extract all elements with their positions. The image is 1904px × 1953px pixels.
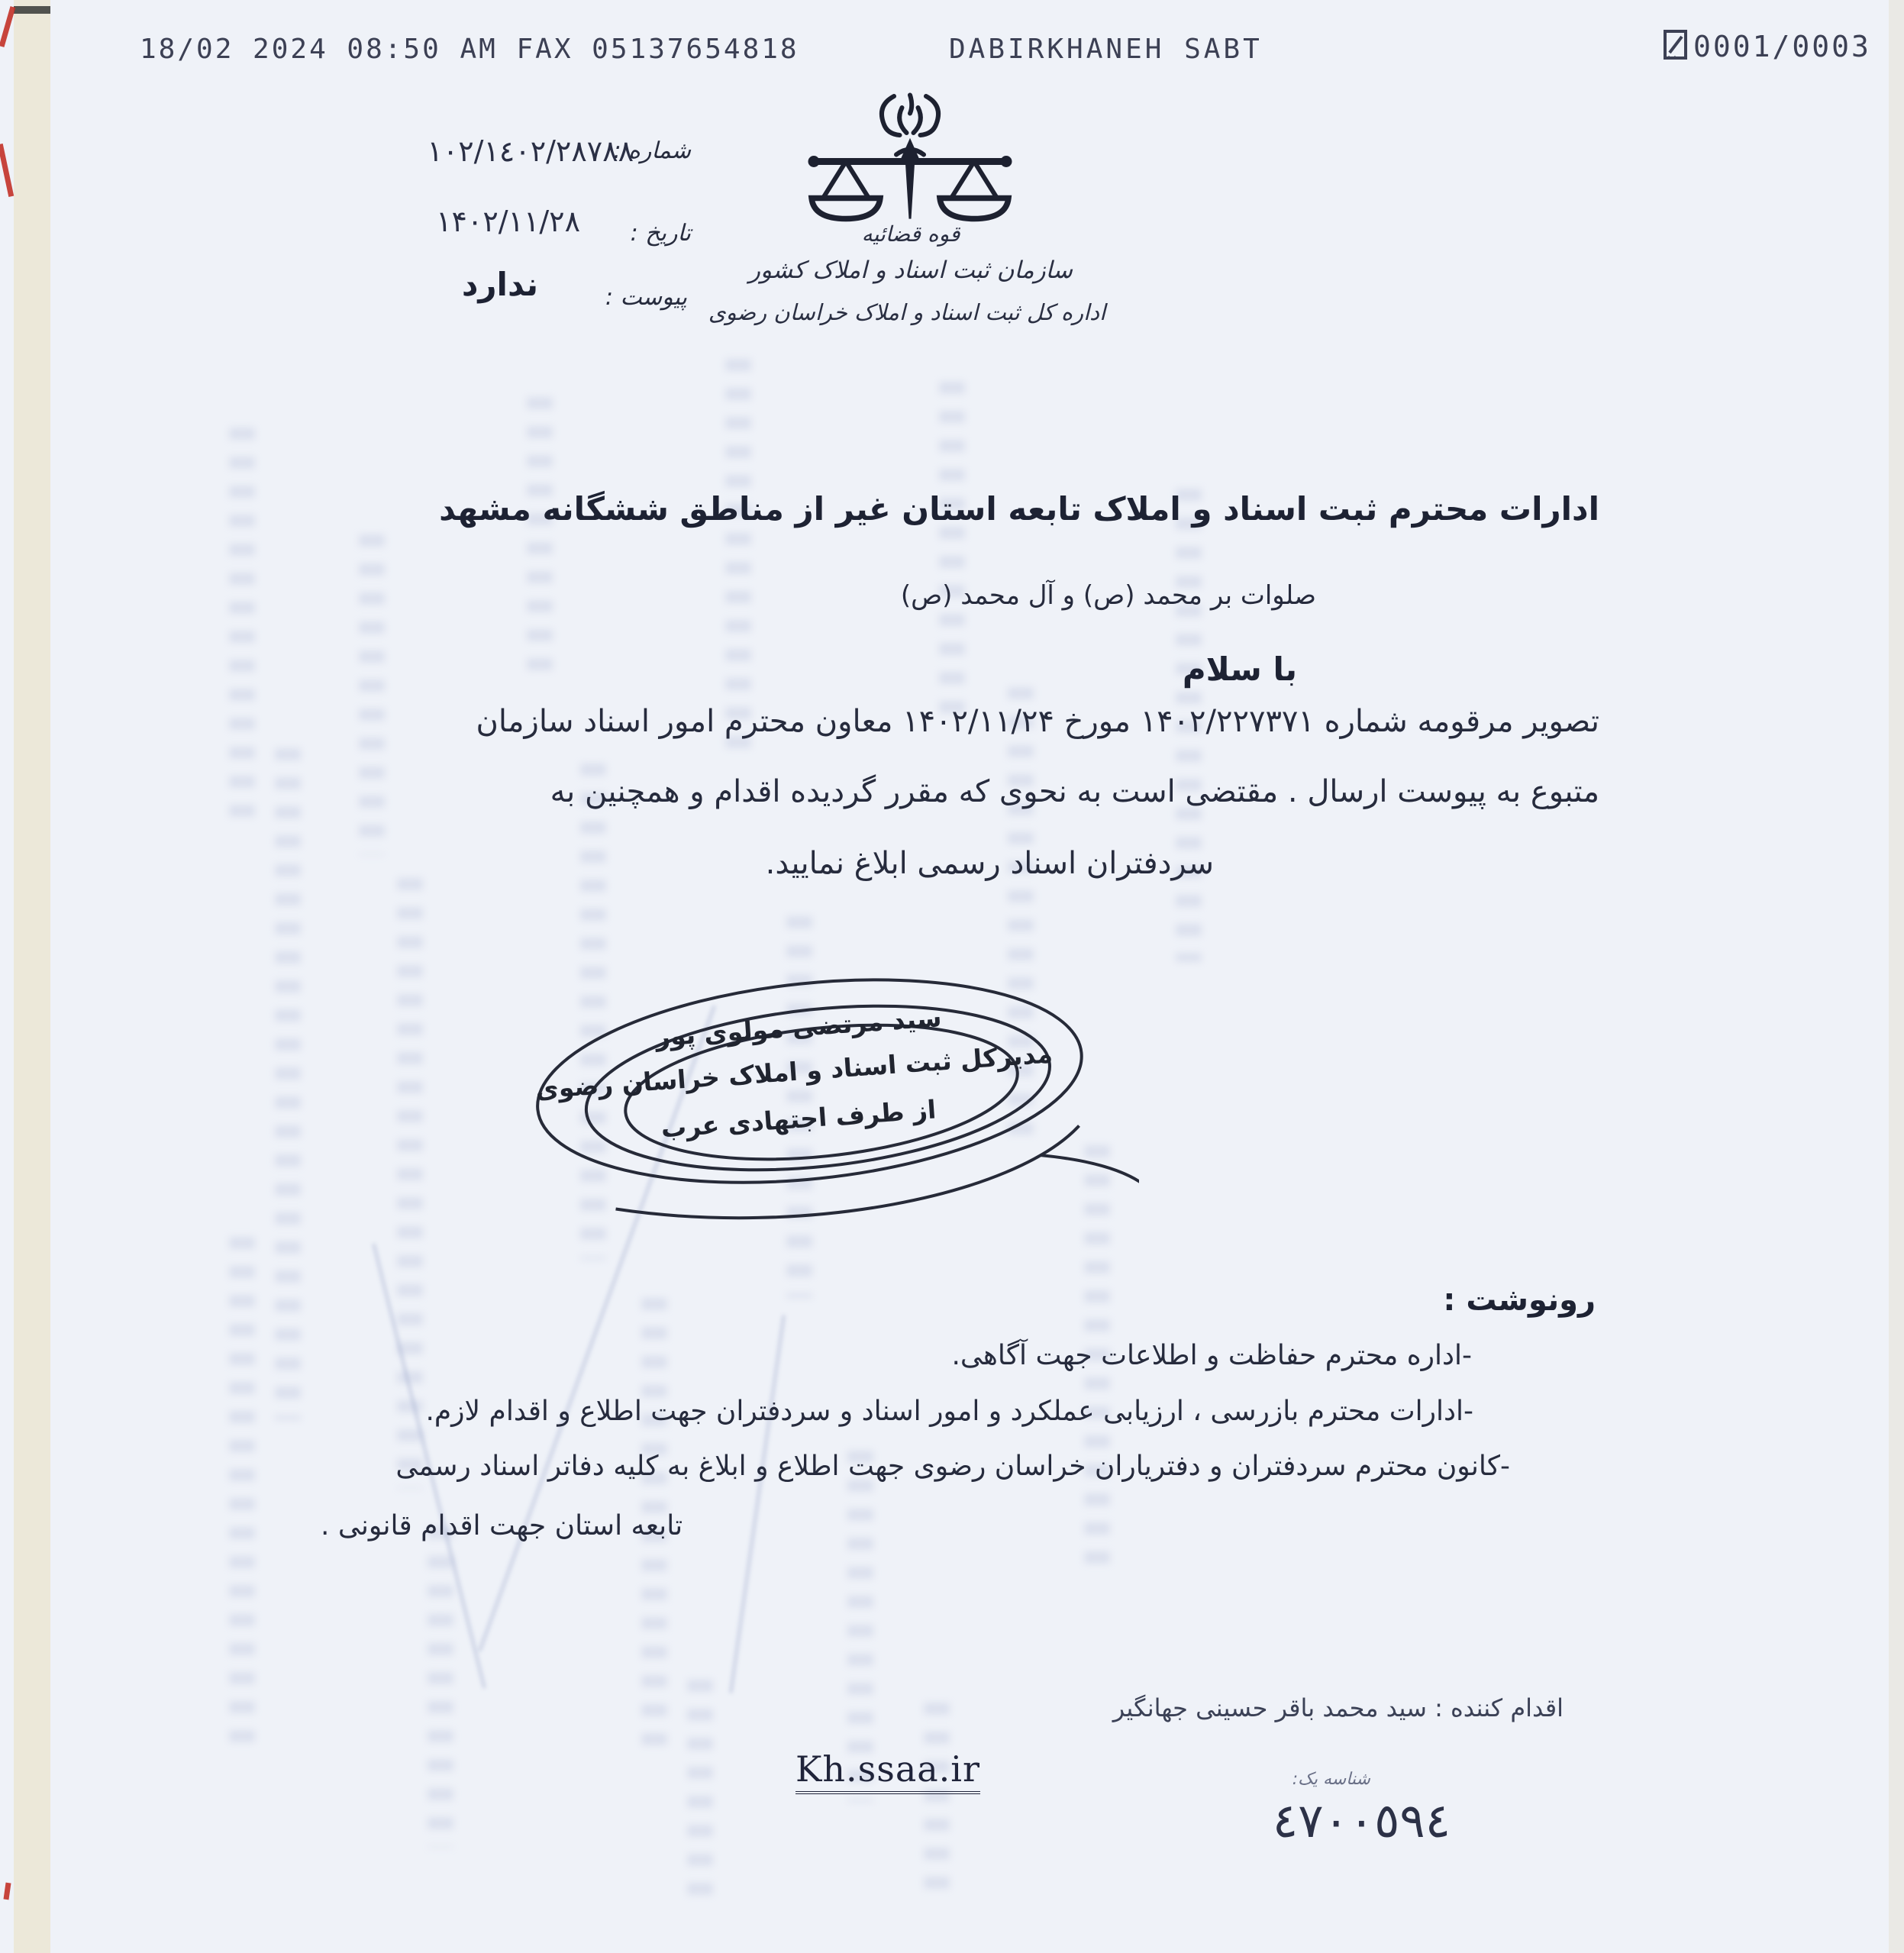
bleedthrough-artifact (687, 1680, 713, 1909)
fax-timestamp: 18/02 2024 08:50 AM FAX 05137654818 (140, 34, 799, 65)
letterhead-office: اداره کل ثبت اسناد و املاک خراسان رضوی (708, 299, 1105, 325)
judiciary-emblem-icon (795, 90, 1025, 224)
cc-item: -کانون محترم سردفتران و دفتریاران خراسان… (395, 1451, 1510, 1482)
bleedthrough-stroke (729, 1315, 786, 1693)
fax-page: 18/02 2024 08:50 AM FAX 05137654818 DABI… (0, 0, 1904, 1953)
scan-artifact-red (0, 144, 14, 197)
id-label: شناسه یک: (1292, 1770, 1370, 1789)
cc-item: -اداره محترم حفاظت و اطلاعات جهت آگاهی. (951, 1340, 1472, 1371)
letterhead-organization: سازمان ثبت اسناد و املاک کشور (749, 257, 1073, 284)
cc-item-continuation: تابعه استان جهت اقدام قانونی . (321, 1510, 683, 1541)
bleedthrough-artifact (229, 428, 255, 825)
fax-page-counter: 0001/0003 (1663, 29, 1871, 69)
scanner-edge-strip-right (1889, 0, 1904, 1953)
bleedthrough-artifact (229, 1237, 255, 1756)
greeting-line: با سلام (1183, 650, 1297, 688)
page-counter-text: 0001/0003 (1693, 30, 1871, 63)
bleedthrough-artifact (527, 397, 553, 687)
website-text: Kh.ssaa.ir (795, 1748, 980, 1794)
body-line-1: تصویر مرقومه شماره ۱۴۰۲/۲۲۷۳۷۱ مورخ ۱۴۰۲… (476, 704, 1599, 739)
attachment-value: ندارد (462, 266, 538, 303)
bleedthrough-artifact (275, 748, 301, 1420)
scanner-edge-cap (14, 6, 50, 14)
attachment-label: پیوست : (605, 284, 687, 311)
handler-line: اقدام کننده : سید محمد باقر حسینی جهانگی… (1113, 1693, 1564, 1722)
bleedthrough-artifact (924, 1703, 950, 1901)
letterhead-judiciary: قوه قضائیه (862, 221, 960, 247)
body-line-3: سردفتران اسناد رسمی ابلاغ نمایید. (766, 846, 1214, 881)
scan-artifact-red (4, 1883, 11, 1900)
cc-heading: رونوشت : (1443, 1283, 1596, 1318)
cc-item: -ادارات محترم بازرسی ، ارزیابی عملکرد و … (425, 1396, 1473, 1427)
scanner-edge-strip (14, 0, 50, 1953)
salawat-line: صلوات بر محمد (ص) و آل محمد (ص) (901, 580, 1316, 611)
bleedthrough-artifact (359, 534, 385, 855)
fax-center-label: DABIRKHANEH SABT (949, 34, 1263, 65)
bleedthrough-artifact (725, 359, 751, 756)
date-label: تاریخ : (631, 220, 691, 247)
page-icon (1663, 29, 1690, 69)
bleedthrough-artifact (939, 382, 965, 725)
date-value: ۱۴۰۲/۱۱/۲۸ (436, 205, 580, 238)
bleedthrough-artifact (428, 1527, 453, 1848)
id-value: ٤٧٠٠٥٩٤ (1273, 1793, 1451, 1848)
addressee-line: ادارات محترم ثبت اسناد و املاک تابعه است… (439, 490, 1599, 528)
body-line-2: متبوع به پیوست ارسال . مقتضی است به نحوی… (550, 774, 1599, 809)
number-value: ۱۰۲/۱٤۰۲/۲۸۷۸۸ (427, 134, 634, 168)
